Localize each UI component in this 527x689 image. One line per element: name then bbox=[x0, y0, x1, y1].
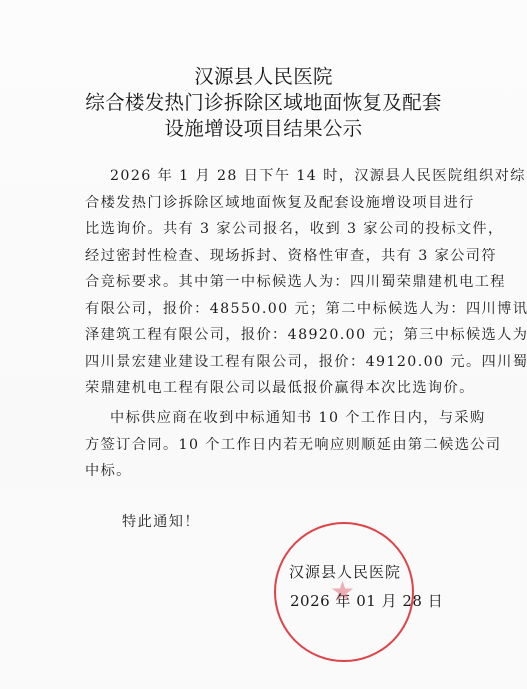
body-line: 2026 年 1 月 28 日下午 14 时，汉源县人民医院组织对综 bbox=[110, 166, 490, 186]
title-line-3: 设施增设项目结果公示 bbox=[0, 117, 527, 141]
signature-organization: 汉源县人民医院 bbox=[289, 561, 401, 582]
body-line: 方签订合同。10 个工作日内若无响应则顺延由第二候选公司 bbox=[85, 435, 465, 455]
closing-notice: 特此通知！ bbox=[122, 512, 200, 532]
document-page: 汉源县人民医院 综合楼发热门诊拆除区域地面恢复及配套 设施增设项目结果公示 20… bbox=[0, 0, 527, 689]
body-line: 合楼发热门诊拆除区域地面恢复及配套设施增设项目进行 bbox=[85, 193, 465, 213]
body-line: 合竞标要求。其中第一中标候选人为：四川蜀荣鼎建机电工程 bbox=[85, 272, 465, 292]
title-line-2: 综合楼发热门诊拆除区域地面恢复及配套 bbox=[0, 91, 527, 115]
signature-date: 2026 年 01 月 28 日 bbox=[290, 590, 443, 611]
body-line: 荣鼎建机电工程有限公司以最低报价赢得本次比选询价。 bbox=[85, 378, 465, 398]
title-line-1: 汉源县人民医院 bbox=[0, 65, 527, 89]
body-line: 中标供应商在收到中标通知书 10 个工作日内，与采购 bbox=[110, 408, 490, 428]
body-line: 比选询价。共有 3 家公司报名，收到 3 家公司的投标文件， bbox=[85, 219, 465, 239]
body-line: 四川景宏建业建设工程有限公司，报价：49120.00 元。四川蜀 bbox=[85, 352, 465, 372]
body-line: 有限公司，报价：48550.00 元；第二中标候选人为：四川博讯 bbox=[85, 299, 465, 319]
body-line: 中标。 bbox=[85, 461, 465, 481]
body-line: 经过密封性检查、现场拆封、资格性审查，共有 3 家公司符 bbox=[85, 246, 465, 266]
body-line: 泽建筑工程有限公司，报价：48920.00 元；第三中标候选人为： bbox=[85, 325, 465, 345]
